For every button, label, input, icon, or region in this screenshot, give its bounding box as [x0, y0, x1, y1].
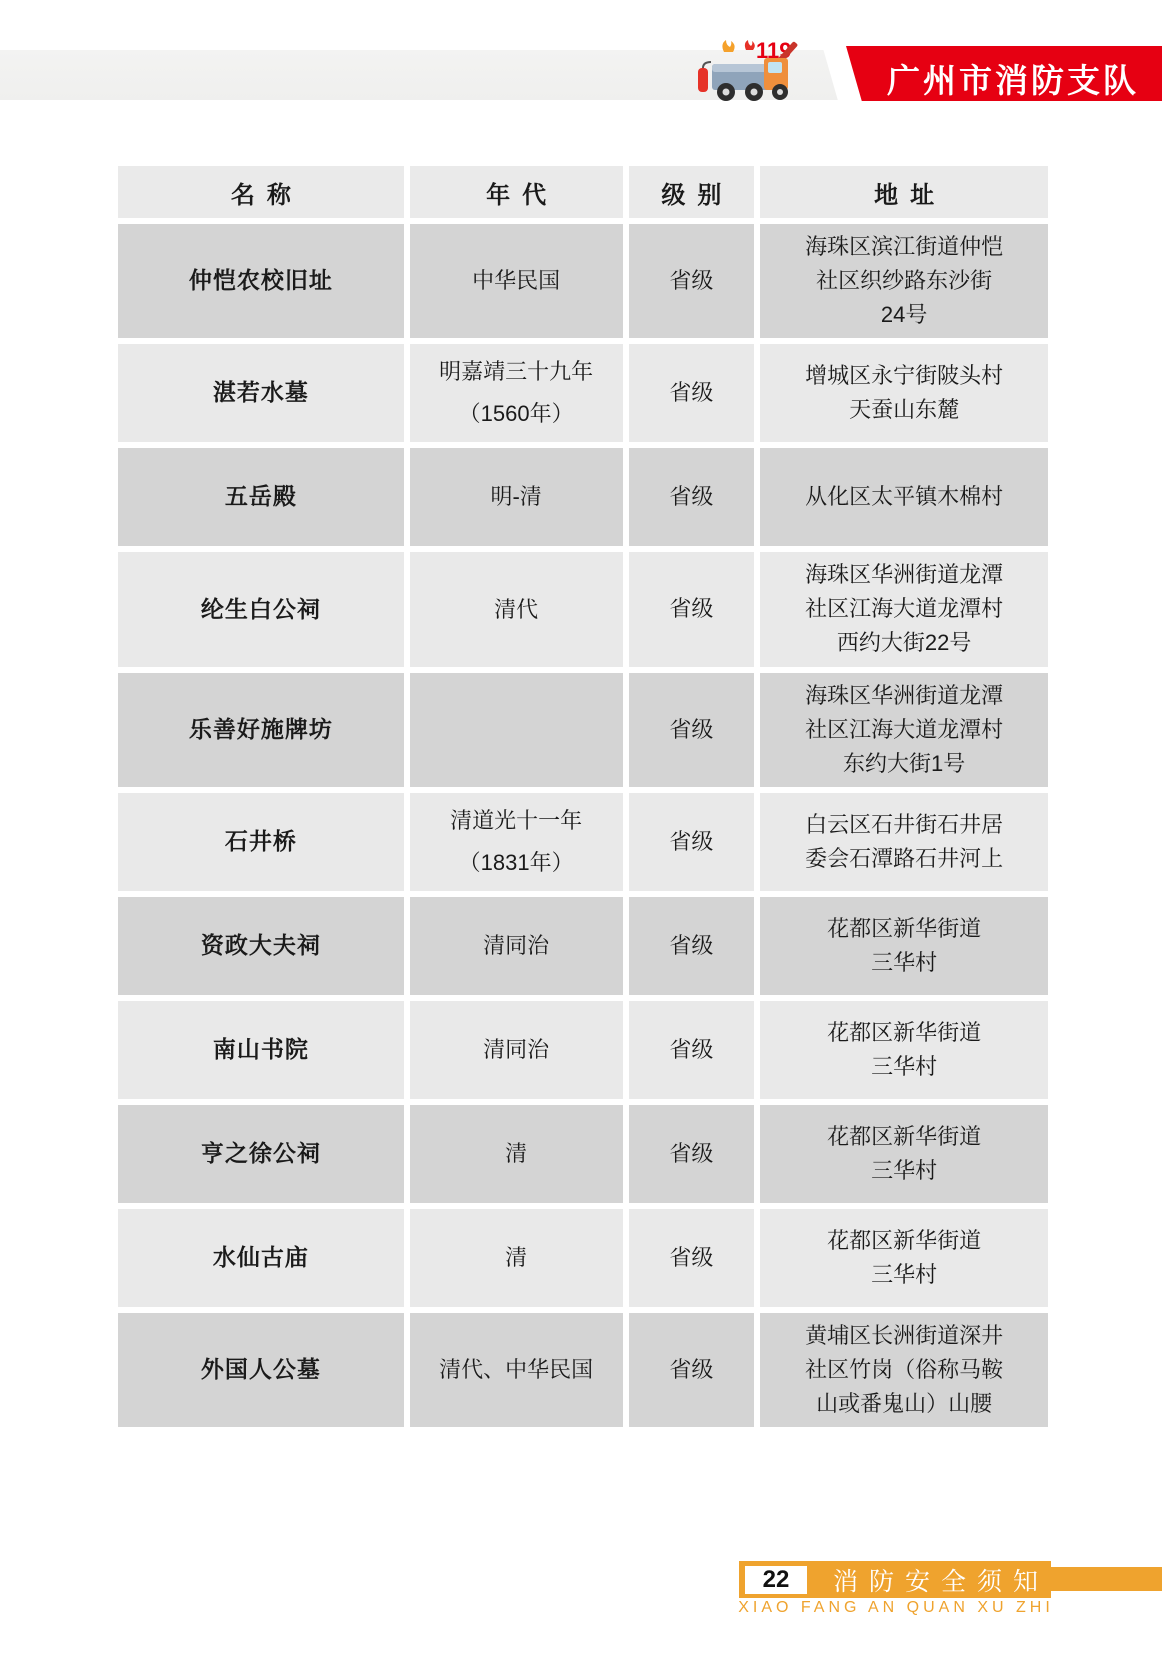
cell-era: [410, 673, 623, 787]
fire-truck-119-icon: 119: [694, 38, 826, 108]
cell-era: 中华民国: [410, 224, 623, 338]
cell-address: 黄埔区长洲街道深井 社区竹岗（俗称马鞍 山或番鬼山）山腰: [760, 1313, 1048, 1427]
cell-site-name: 水仙古庙: [118, 1209, 404, 1307]
flame-icon: [722, 40, 734, 52]
col-header-name: 名称: [118, 166, 404, 218]
cell-level: 省级: [629, 224, 755, 338]
cell-era: 清代、中华民国: [410, 1313, 623, 1427]
cell-site-name: 资政大夫祠: [118, 897, 404, 995]
cell-level: 省级: [629, 1209, 755, 1307]
cell-site-name: 仲恺农校旧址: [118, 224, 404, 338]
cell-era: 明嘉靖三十九年 （1560年）: [410, 344, 623, 442]
cell-level: 省级: [629, 1313, 755, 1427]
cell-era: 明-清: [410, 448, 623, 546]
cell-address: 增城区永宁街陂头村 天蚕山东麓: [760, 344, 1048, 442]
table-row: 乐善好施牌坊 省级 海珠区华洲街道龙潭 社区江海大道龙潭村 东约大街1号: [118, 673, 1048, 787]
cell-site-name: 湛若水墓: [118, 344, 404, 442]
footer-title: 消防安全须知: [833, 1562, 1049, 1598]
extinguisher-hose: [703, 62, 711, 68]
cell-era: 清代: [410, 552, 623, 666]
cell-era: 清: [410, 1105, 623, 1203]
col-header-era: 年代: [410, 166, 623, 218]
flame-icon: [745, 40, 755, 50]
cell-era: 清: [410, 1209, 623, 1307]
table-row: 纶生白公祠 清代 省级 海珠区华洲街道龙潭 社区江海大道龙潭村 西约大街22号: [118, 552, 1048, 666]
cell-era: 清同治: [410, 1001, 623, 1099]
cell-address: 花都区新华街道 三华村: [760, 897, 1048, 995]
cell-site-name: 南山书院: [118, 1001, 404, 1099]
footer-subtitle: XIAO FANG AN QUAN XU ZHI: [731, 1599, 1061, 1617]
table-row: 水仙古庙 清 省级 花都区新华街道 三华村: [118, 1209, 1048, 1307]
cell-level: 省级: [629, 344, 755, 442]
cell-address: 白云区石井街石井居 委会石潭路石井河上: [760, 793, 1048, 891]
wheel-hub: [777, 89, 783, 95]
page-number-box: 22: [745, 1566, 807, 1594]
cell-site-name: 五岳殿: [118, 448, 404, 546]
cell-era: 清道光十一年 （1831年）: [410, 793, 623, 891]
cell-address: 花都区新华街道 三华村: [760, 1209, 1048, 1307]
heritage-table-container: 名称 年代 级别 地址 仲恺农校旧址 中华民国 省级 海珠区滨江街道仲恺 社区织…: [112, 160, 1054, 1433]
cell-level: 省级: [629, 1001, 755, 1099]
table-row: 湛若水墓 明嘉靖三十九年 （1560年） 省级 增城区永宁街陂头村 天蚕山东麓: [118, 344, 1048, 442]
cell-address: 海珠区华洲街道龙潭 社区江海大道龙潭村 东约大街1号: [760, 673, 1048, 787]
cell-level: 省级: [629, 552, 755, 666]
cell-level: 省级: [629, 793, 755, 891]
table-row: 五岳殿 明-清 省级 从化区太平镇木棉村: [118, 448, 1048, 546]
cell-address: 海珠区滨江街道仲恺 社区织纱路东沙街 24号: [760, 224, 1048, 338]
cell-address: 海珠区华洲街道龙潭 社区江海大道龙潭村 西约大街22号: [760, 552, 1048, 666]
cell-address: 花都区新华街道 三华村: [760, 1105, 1048, 1203]
document-page: 119 广州市消防支队 名称 年代 级别 地址: [0, 0, 1162, 1654]
cell-level: 省级: [629, 673, 755, 787]
fire-extinguisher-icon: [698, 68, 708, 92]
wheel-hub: [751, 89, 758, 96]
table-body: 仲恺农校旧址 中华民国 省级 海珠区滨江街道仲恺 社区织纱路东沙街 24号 湛若…: [118, 224, 1048, 1427]
wheel-hub: [723, 89, 730, 96]
cell-site-name: 亨之徐公祠: [118, 1105, 404, 1203]
cell-level: 省级: [629, 448, 755, 546]
heritage-table: 名称 年代 级别 地址 仲恺农校旧址 中华民国 省级 海珠区滨江街道仲恺 社区织…: [112, 160, 1054, 1433]
col-header-level: 级别: [629, 166, 755, 218]
table-row: 仲恺农校旧址 中华民国 省级 海珠区滨江街道仲恺 社区织纱路东沙街 24号: [118, 224, 1048, 338]
cell-era: 清同治: [410, 897, 623, 995]
table-row: 亨之徐公祠 清 省级 花都区新华街道 三华村: [118, 1105, 1048, 1203]
table-row: 石井桥 清道光十一年 （1831年） 省级 白云区石井街石井居 委会石潭路石井河…: [118, 793, 1048, 891]
cell-address: 从化区太平镇木棉村: [760, 448, 1048, 546]
table-row: 南山书院 清同治 省级 花都区新华街道 三华村: [118, 1001, 1048, 1099]
cell-level: 省级: [629, 1105, 755, 1203]
footer-banner: 22 消防安全须知: [739, 1561, 1051, 1598]
table-row: 资政大夫祠 清同治 省级 花都区新华街道 三华村: [118, 897, 1048, 995]
cell-site-name: 石井桥: [118, 793, 404, 891]
truck-window: [768, 62, 782, 73]
cell-site-name: 外国人公墓: [118, 1313, 404, 1427]
table-header-row: 名称 年代 级别 地址: [118, 166, 1048, 218]
page-number: 22: [763, 1566, 790, 1594]
cell-site-name: 乐善好施牌坊: [118, 673, 404, 787]
col-header-address: 地址: [760, 166, 1048, 218]
footer-banner-strip: [1048, 1567, 1162, 1591]
table-row: 外国人公墓 清代、中华民国 省级 黄埔区长洲街道深井 社区竹岗（俗称马鞍 山或番…: [118, 1313, 1048, 1427]
header-banner-title: 广州市消防支队: [868, 55, 1158, 102]
cell-level: 省级: [629, 897, 755, 995]
cell-site-name: 纶生白公祠: [118, 552, 404, 666]
cell-address: 花都区新华街道 三华村: [760, 1001, 1048, 1099]
